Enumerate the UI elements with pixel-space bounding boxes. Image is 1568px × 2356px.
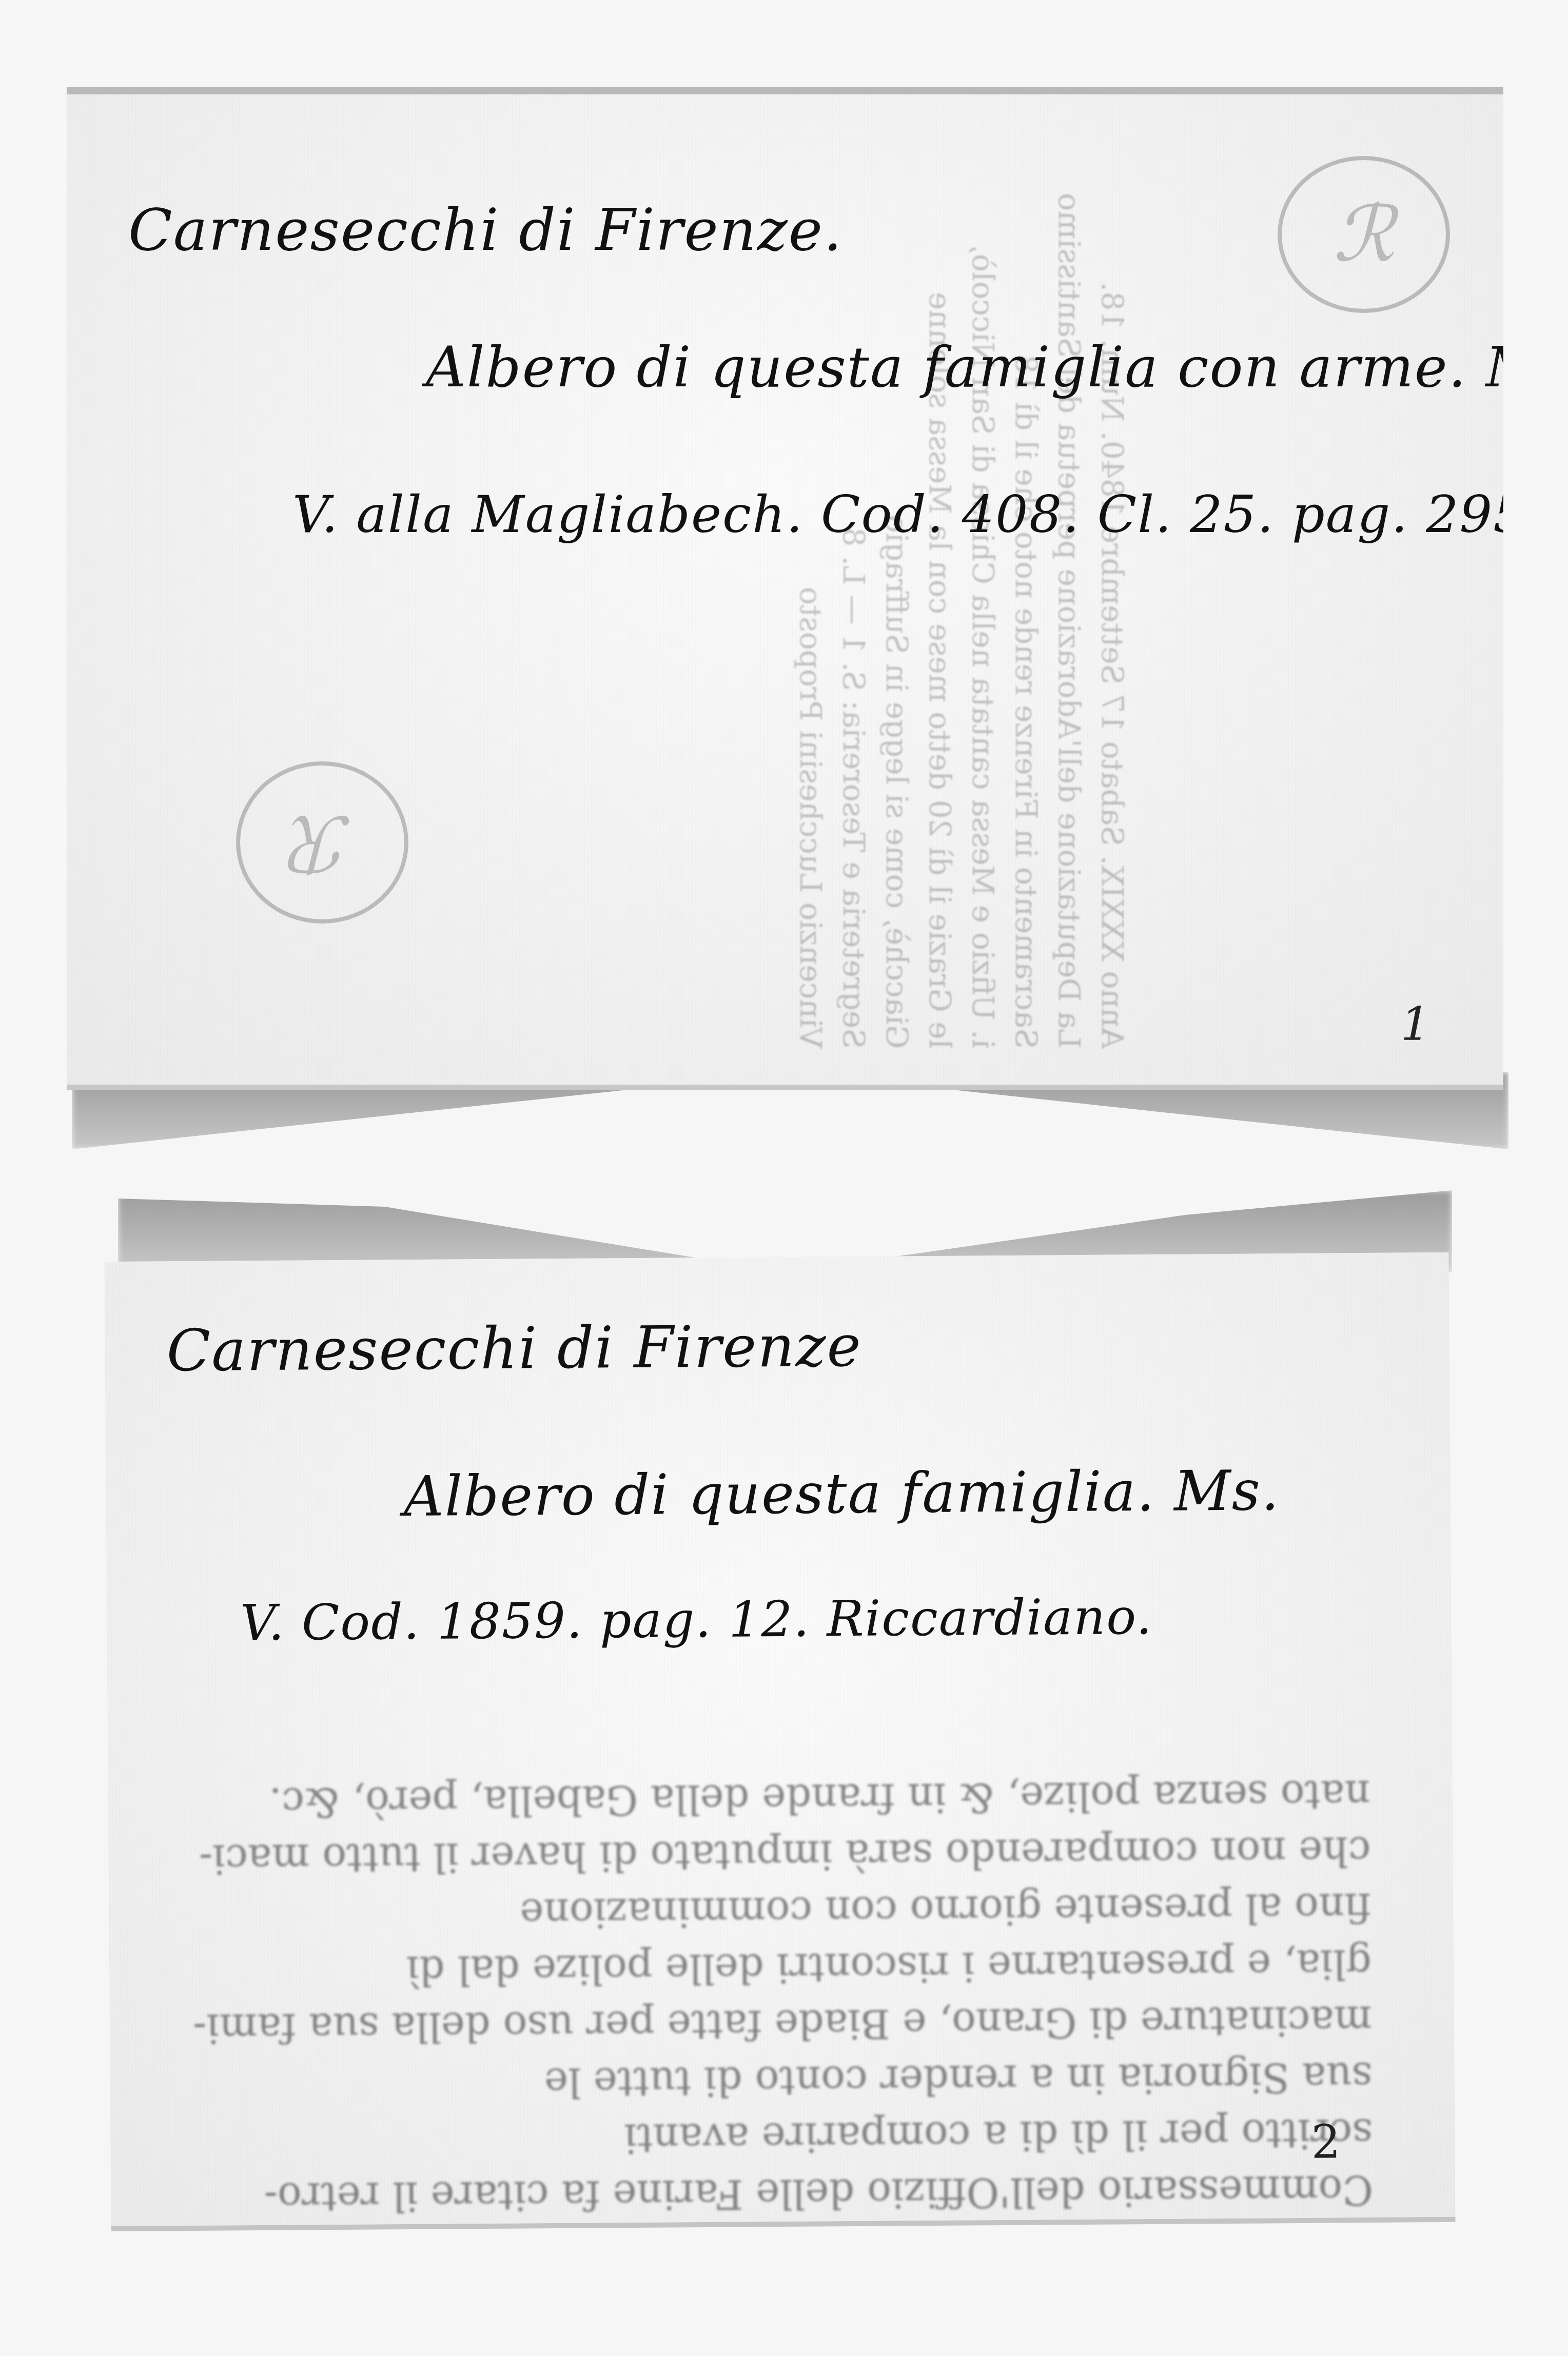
bleed-through-text: Anno XXXIX. Sabato 17 Settembre 1840. Nu…	[210, 125, 1134, 1049]
bleed-line: Segreteria e Tesoreria: S. 1 — L. 8	[832, 125, 875, 1049]
bleed-line: che non comparendo sarà imputato di have…	[221, 1822, 1371, 1887]
card-description: Albero di questa famiglia con arme. Ms.	[426, 336, 1503, 400]
archival-card-2: Il Molto Illustre Signore Attilio Guardi…	[104, 1252, 1455, 2231]
bleed-line: glia, e presentarne i riscontri delle po…	[222, 1935, 1372, 2000]
card-reference: V. alla Magliabech. Cod. 408. Cl. 25. pa…	[292, 484, 1503, 544]
bleed-line: Commessario dell'Offizio delle Farine fa…	[224, 2161, 1374, 2226]
page-number: 2	[1311, 2115, 1341, 2169]
monogram-stamp-icon: ℛ	[1278, 156, 1450, 313]
bleed-line: i. Ufizio e Messa cantata nella Chiesa d…	[962, 125, 1005, 1049]
bleed-through-text: Il Molto Illustre Signore Attilio Guardi…	[221, 1766, 1374, 2231]
bleed-line: Vincenzio Lucchesini Proposto	[789, 125, 832, 1049]
card-title: Carnesecchi di Firenze.	[128, 197, 843, 264]
bleed-line: Giacchè, come si legge in Suffragio	[875, 125, 918, 1049]
archival-card-1: ℛ ℛ Anno XXXIX. Sabato 17 Settembre 1840…	[67, 87, 1503, 1090]
bleed-line: La Deputazione dell'Adorazione perpetua …	[1048, 125, 1091, 1049]
bleed-line: fino al presente giorno con comminazione	[222, 1879, 1371, 1943]
card-description: Albero di questa famiglia. Ms.	[403, 1459, 1280, 1529]
page-number: 1	[1401, 997, 1430, 1051]
card-title: Carnesecchi di Firenze	[166, 1313, 862, 1384]
bleed-line: sua Signoria in a render conto di tutte …	[223, 2048, 1373, 2113]
bleed-line: Sacramento in Firenze rende noto che il …	[1005, 125, 1048, 1049]
bleed-line: Anno XXXIX. Sabato 17 Settembre 1840. Nu…	[1091, 125, 1134, 1049]
card-reference: V. Cod. 1859. pag. 12. Riccardiano.	[240, 1588, 1153, 1652]
bleed-line: le Grazie il dì 20 detto mese con la Mes…	[918, 125, 962, 1049]
bleed-line: macinature di Grano, e Biade fatte per u…	[222, 1992, 1372, 2056]
bleed-line: scritto per il dì di a comparire avanti	[223, 2105, 1373, 2169]
bleed-line: nato senza polize, & in frande della Gab…	[221, 1766, 1370, 1831]
